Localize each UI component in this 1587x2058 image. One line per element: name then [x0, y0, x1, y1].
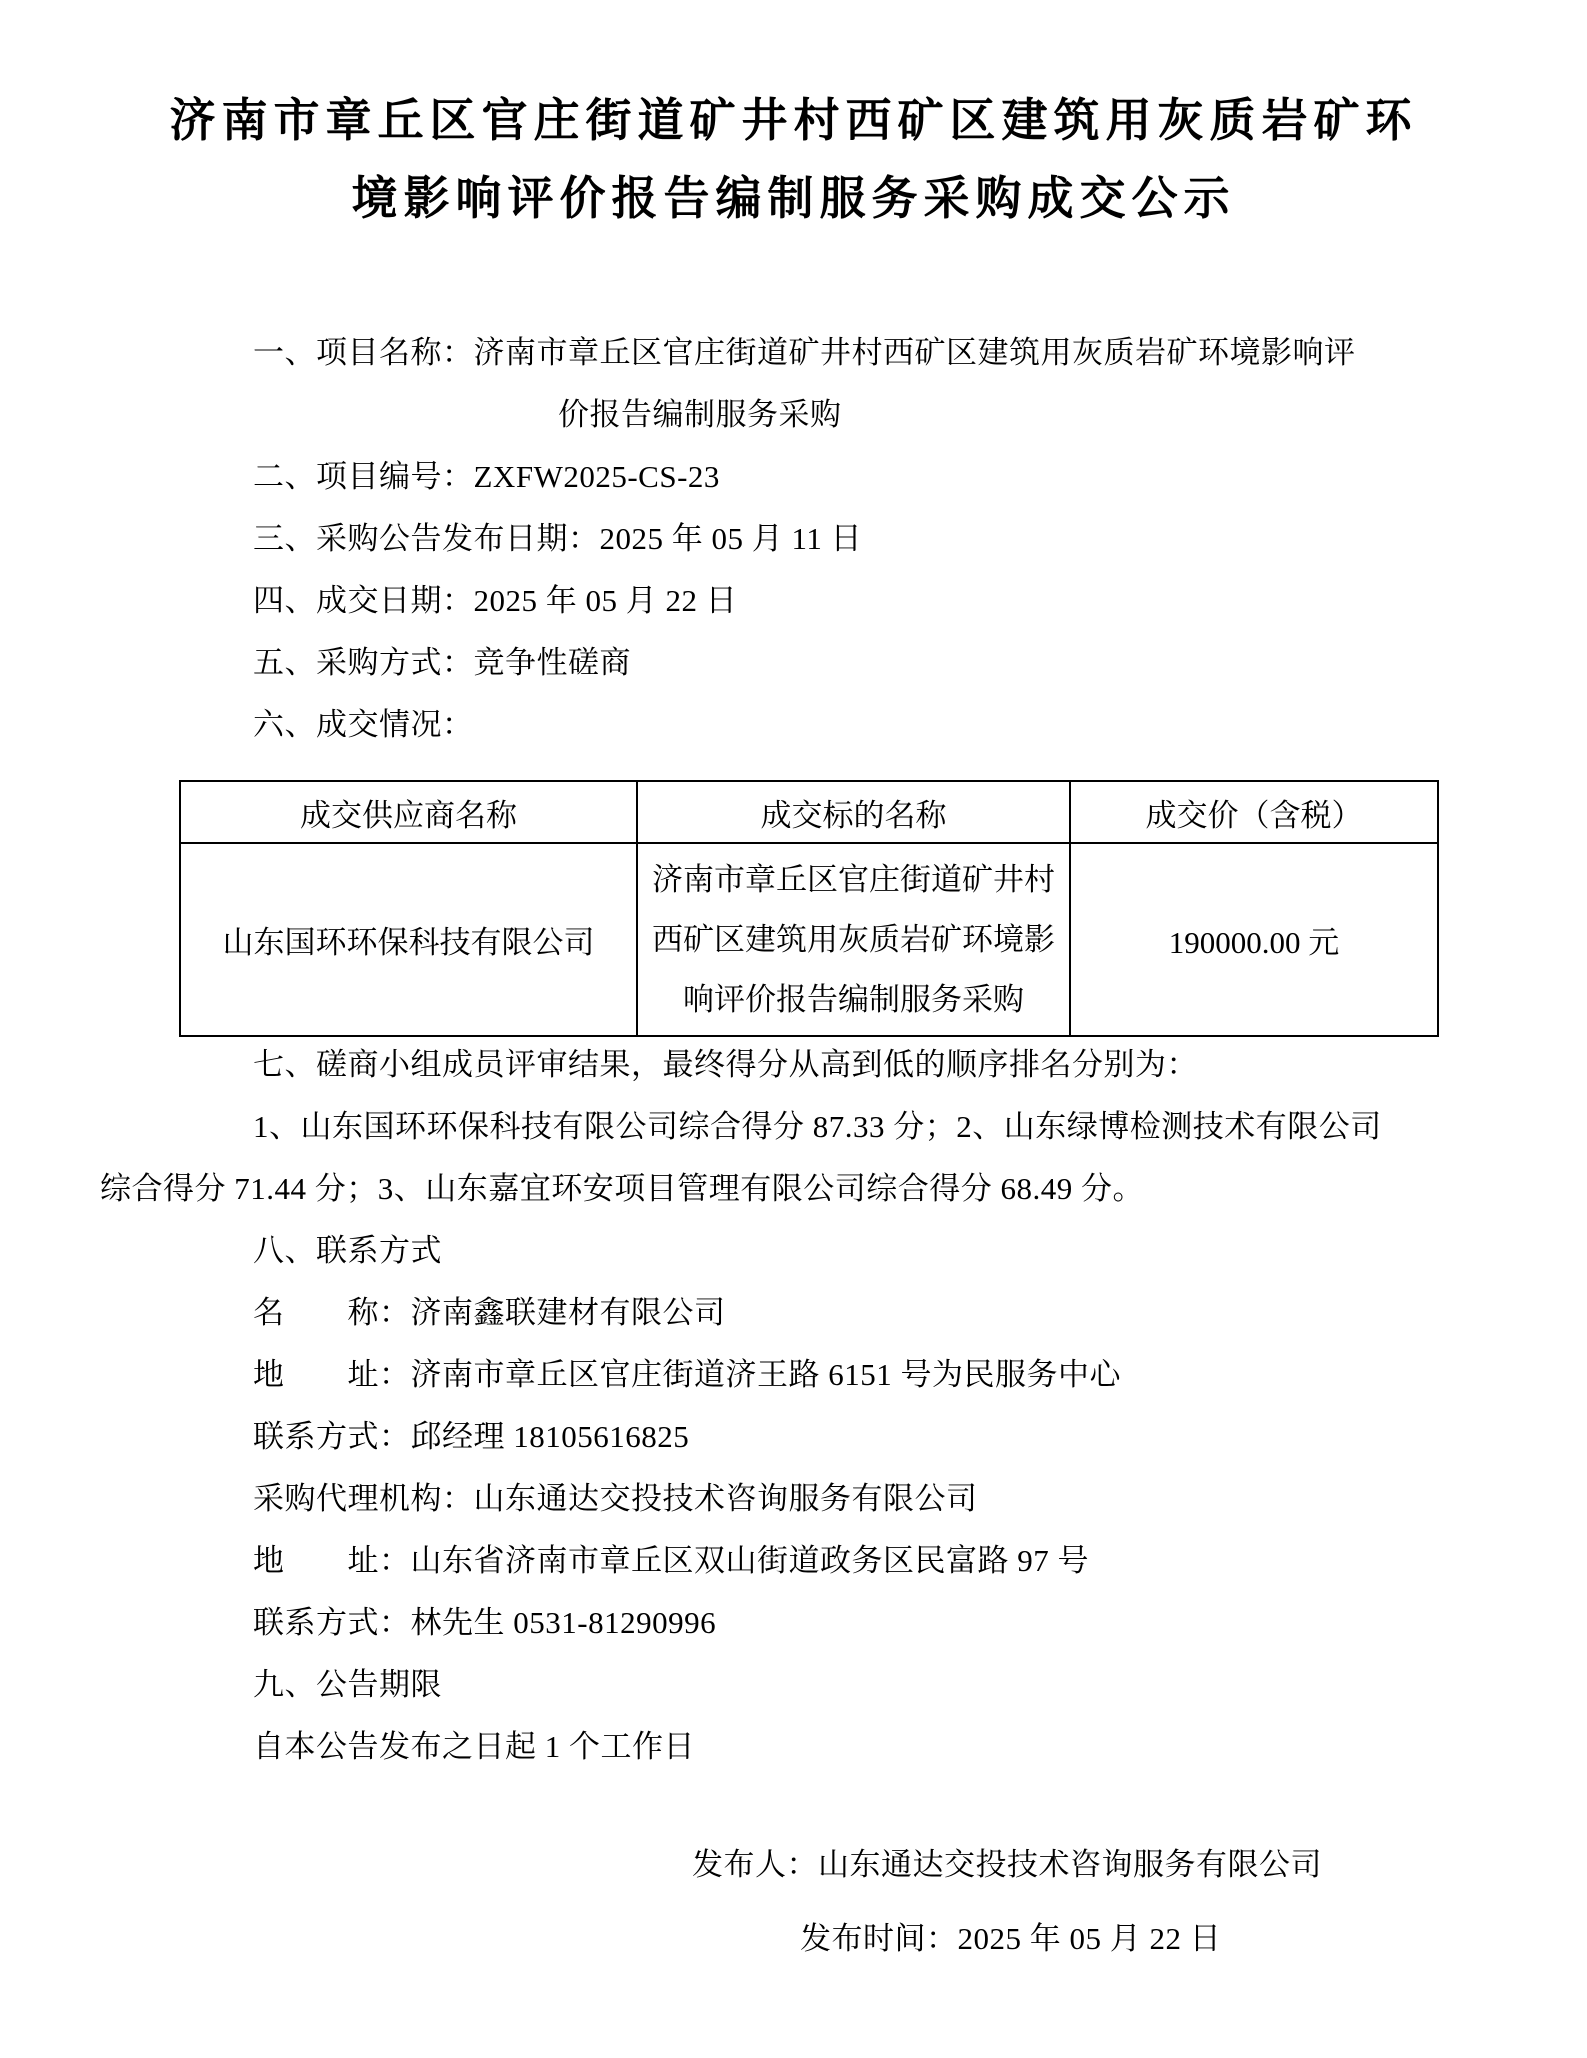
purchaser-address: 地 址：济南市章丘区官庄街道济王路 6151 号为民服务中心	[253, 1352, 1121, 1398]
contact-heading: 八、联系方式	[253, 1228, 442, 1274]
award-table-header-row: 成交供应商名称 成交标的名称 成交价（含税）	[180, 781, 1438, 843]
purchaser-phone: 联系方式：邱经理 18105616825	[253, 1414, 689, 1460]
agency-phone: 联系方式：林先生 0531-81290996	[253, 1600, 716, 1646]
award-situation-heading: 六、成交情况：	[253, 702, 474, 748]
announcement-document: 济南市章丘区官庄街道矿井村西矿区建筑用灰质岩矿环 境影响评价报告编制服务采购成交…	[0, 0, 1587, 2058]
cell-subject-line-1: 济南市章丘区官庄街道矿井村	[638, 850, 1069, 910]
award-table: 成交供应商名称 成交标的名称 成交价（含税） 山东国环环保科技有限公司 济南市章…	[179, 780, 1439, 1037]
agency-name: 采购代理机构：山东通达交投技术咨询服务有限公司	[253, 1476, 978, 1522]
award-date: 四、成交日期：2025 年 05 月 22 日	[253, 578, 737, 624]
cell-subject-line-2: 西矿区建筑用灰质岩矿环境影	[638, 910, 1069, 970]
page-title-line-2: 境影响评价报告编制服务采购成交公示	[0, 160, 1587, 238]
cell-subject-line-3: 响评价报告编制服务采购	[638, 970, 1069, 1030]
scores-line-1: 1、山东国环环保科技有限公司综合得分 87.33 分；2、山东绿博检测技术有限公…	[253, 1104, 1382, 1150]
header-supplier-name: 成交供应商名称	[180, 781, 637, 843]
cell-price: 190000.00 元	[1070, 843, 1438, 1036]
agency-address: 地 址：山东省济南市章丘区双山街道政务区民富路 97 号	[253, 1538, 1089, 1584]
publisher: 发布人：山东通达交投技术咨询服务有限公司	[692, 1842, 1322, 1888]
publish-date: 发布时间：2025 年 05 月 22 日	[800, 1916, 1221, 1962]
review-result-heading: 七、磋商小组成员评审结果，最终得分从高到低的顺序排名分别为：	[253, 1042, 1198, 1088]
notice-period-heading: 九、公告期限	[253, 1662, 442, 1708]
award-table-data-row: 山东国环环保科技有限公司 济南市章丘区官庄街道矿井村 西矿区建筑用灰质岩矿环境影…	[180, 843, 1438, 1036]
page-title-line-1: 济南市章丘区官庄街道矿井村西矿区建筑用灰质岩矿环	[0, 82, 1587, 160]
cell-supplier-name: 山东国环环保科技有限公司	[180, 843, 637, 1036]
purchaser-name: 名 称：济南鑫联建材有限公司	[253, 1290, 726, 1336]
header-price: 成交价（含税）	[1070, 781, 1438, 843]
header-subject-name: 成交标的名称	[637, 781, 1070, 843]
project-name-line-1: 一、项目名称：济南市章丘区官庄街道矿井村西矿区建筑用灰质岩矿环境影响评	[253, 330, 1356, 376]
notice-period-text: 自本公告发布之日起 1 个工作日	[253, 1724, 695, 1770]
project-number: 二、项目编号：ZXFW2025-CS-23	[253, 454, 720, 500]
page-title: 济南市章丘区官庄街道矿井村西矿区建筑用灰质岩矿环 境影响评价报告编制服务采购成交…	[0, 82, 1587, 238]
announcement-date: 三、采购公告发布日期：2025 年 05 月 11 日	[253, 516, 862, 562]
procurement-method: 五、采购方式：竞争性磋商	[253, 640, 631, 686]
cell-subject-name: 济南市章丘区官庄街道矿井村 西矿区建筑用灰质岩矿环境影 响评价报告编制服务采购	[637, 843, 1070, 1036]
project-name-line-2: 价报告编制服务采购	[558, 392, 842, 438]
scores-line-2: 综合得分 71.44 分；3、山东嘉宜环安项目管理有限公司综合得分 68.49 …	[100, 1166, 1144, 1212]
